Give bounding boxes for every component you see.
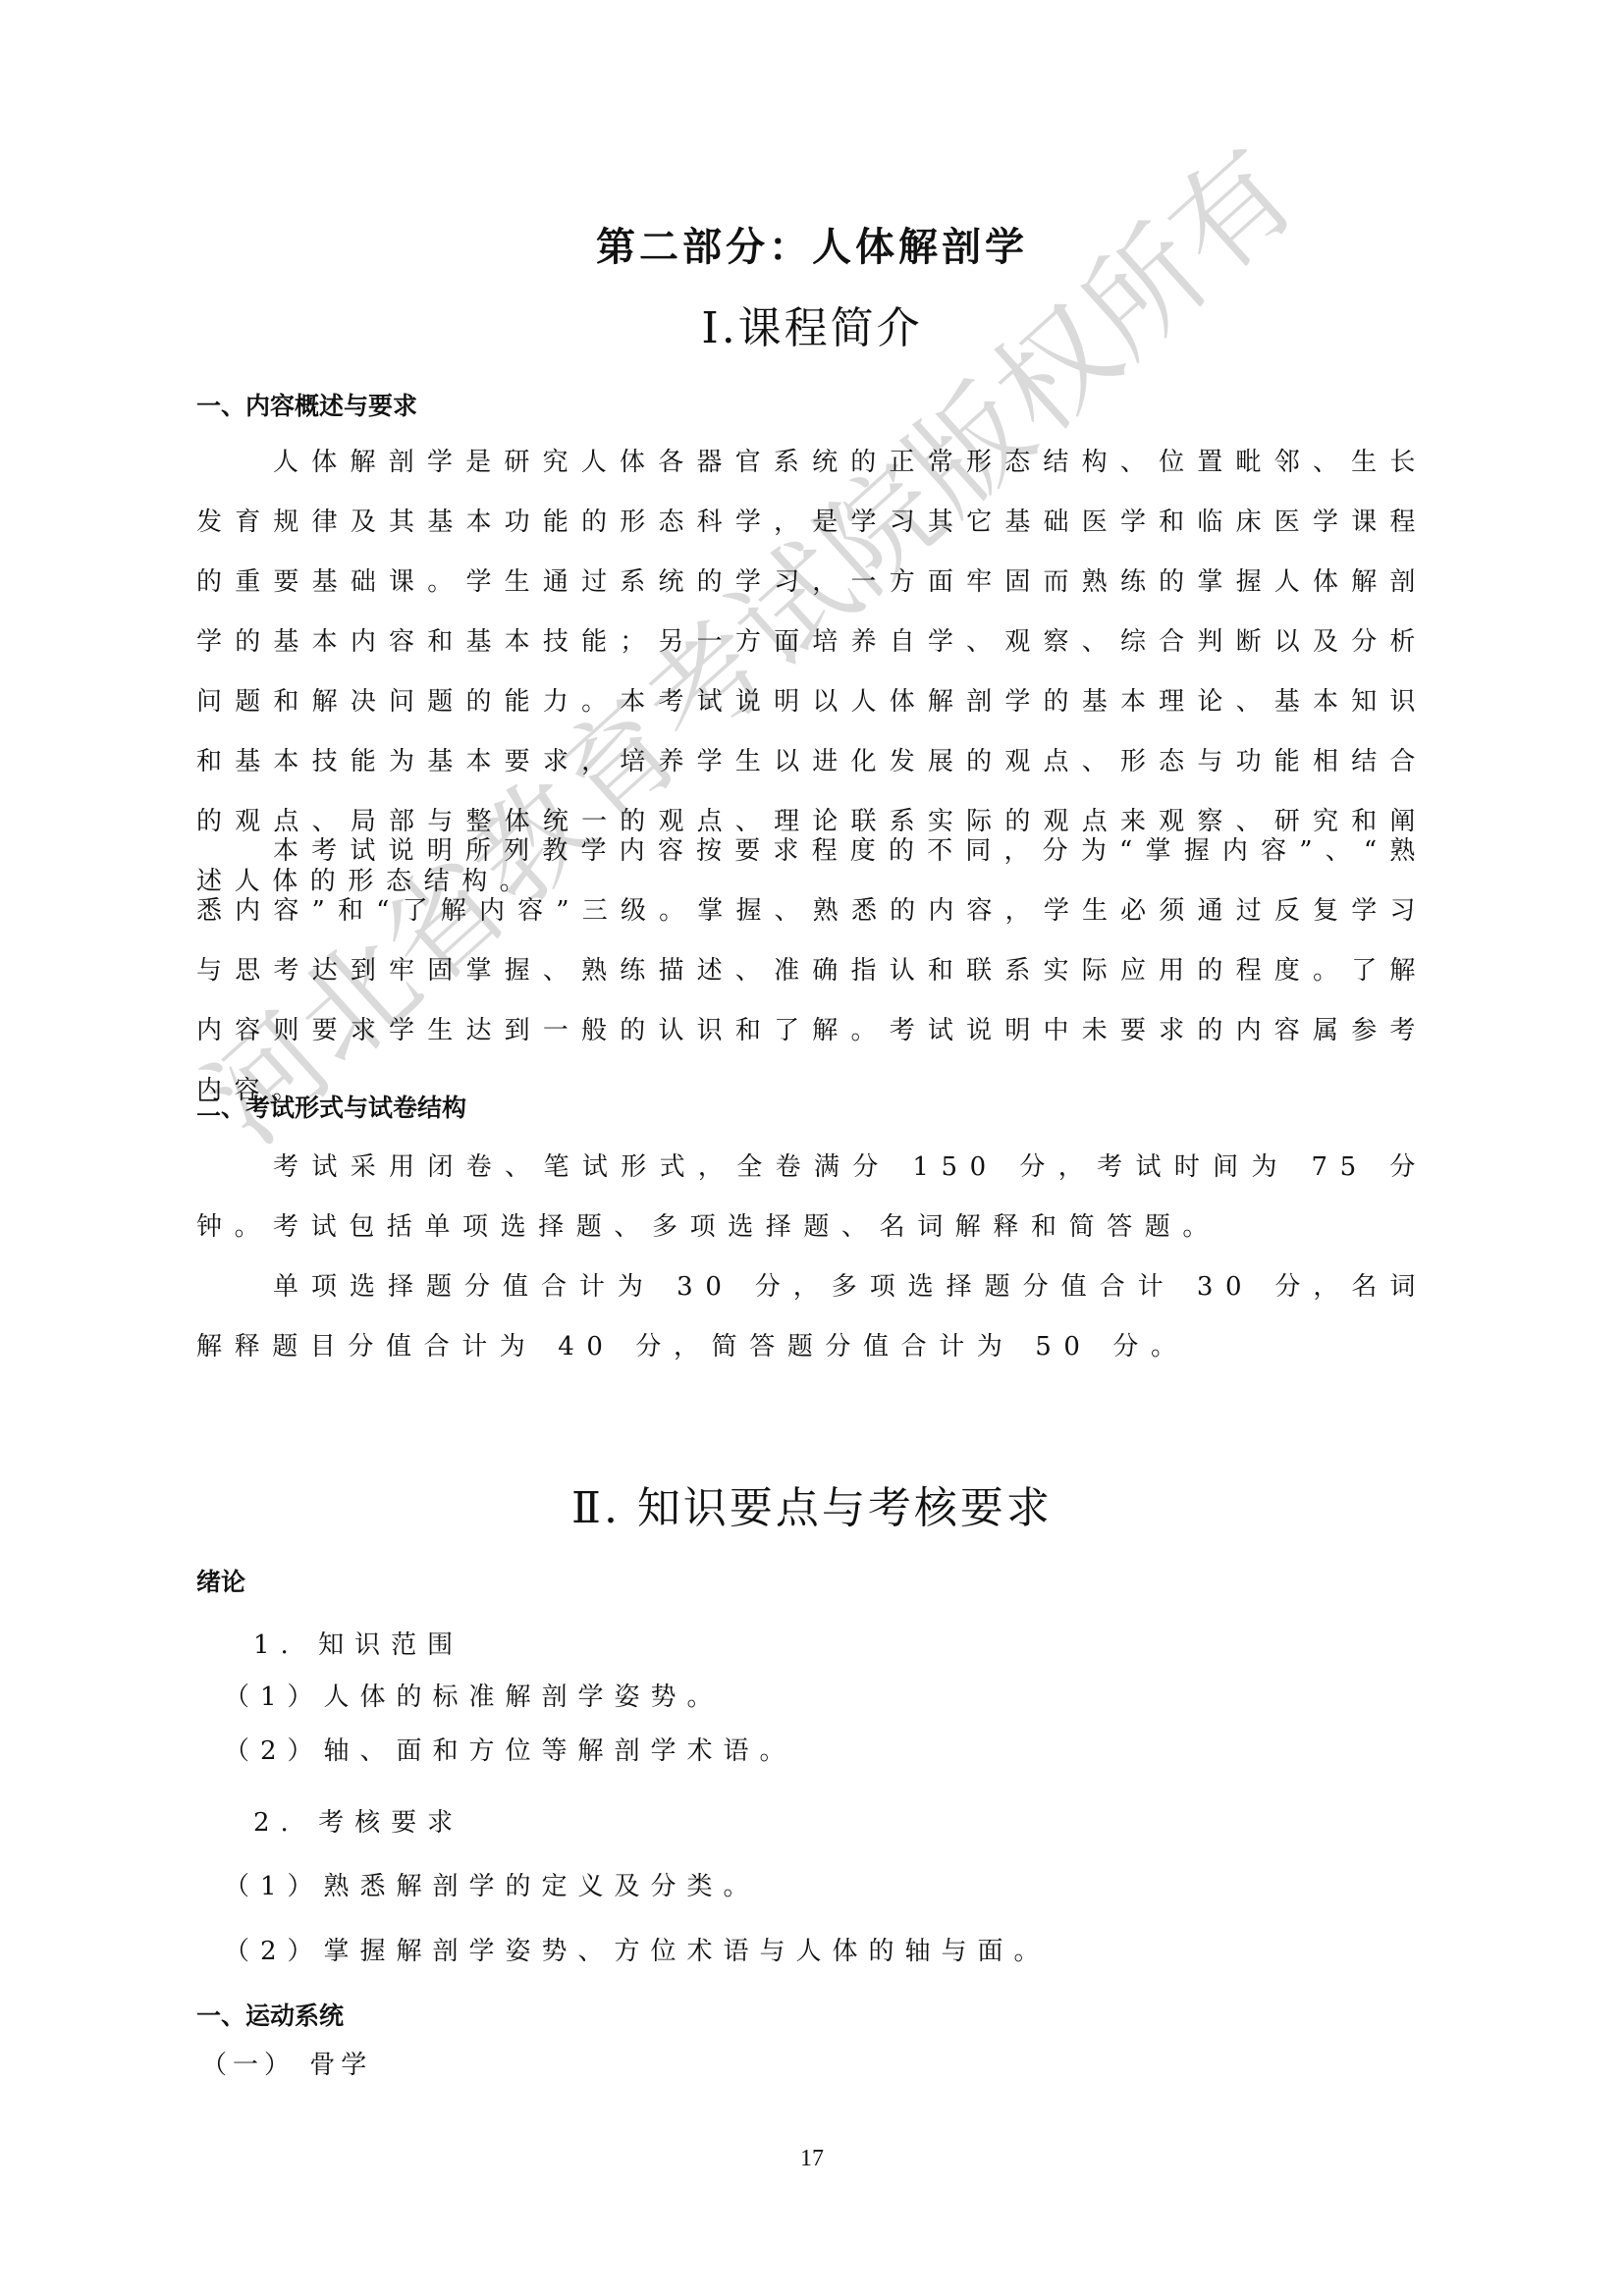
section-heading-locomotor-system: 一、运动系统 — [196, 1997, 344, 2032]
subheading-assessment-requirements: 2. 考核要求 — [253, 1802, 463, 1839]
page-number: 17 — [0, 2146, 1624, 2172]
chapter-title-knowledge-points: Ⅱ. 知识要点与考核要求 — [0, 1472, 1624, 1535]
subheading-knowledge-scope: 1. 知识范围 — [253, 1625, 463, 1661]
subsection-heading-osteology: （一） 骨学 — [201, 2045, 372, 2081]
list-item-requirement-1: （1）熟悉解剖学的定义及分类。 — [224, 1866, 760, 1902]
list-item-scope-2: （2）轴、面和方位等解剖学术语。 — [224, 1731, 796, 1767]
list-item-scope-1: （1）人体的标准解剖学姿势。 — [224, 1677, 724, 1713]
list-item-requirement-2: （2）掌握解剖学姿势、方位术语与人体的轴与面。 — [224, 1931, 1051, 1967]
section-heading-introduction: 绪论 — [196, 1563, 245, 1598]
paragraph-score-distribution: 单项选择题分值合计为 30 分，多项选择题分值合计 30 分，名词解释题目分值合… — [196, 1257, 1428, 1377]
paragraph-requirement-levels: 本考试说明所列教学内容按要求程度的不同，分为“掌握内容”、“熟悉内容”和“了解内… — [196, 822, 1428, 1121]
paragraph-question-types: 考试包括单项选择题、多项选择题、名词解释和简答题。 — [196, 1198, 1428, 1257]
chapter-title-course-intro: Ⅰ.课程简介 — [0, 293, 1624, 355]
section-heading-exam-format: 二、考试形式与试卷结构 — [196, 1089, 466, 1124]
document-page: 河北省教育考试院版权所有 第二部分：人体解剖学 Ⅰ.课程简介 一、内容概述与要求… — [0, 0, 1624, 2296]
section-heading-content-overview: 一、内容概述与要求 — [196, 387, 417, 422]
part-title: 第二部分：人体解剖学 — [0, 216, 1624, 272]
